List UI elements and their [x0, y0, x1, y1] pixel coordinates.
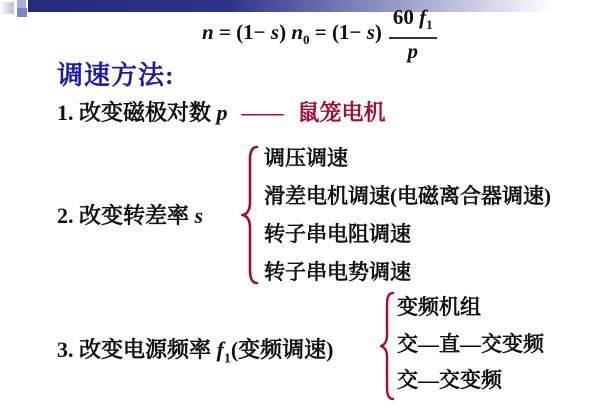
- decor-light-square: [17, 0, 26, 8]
- method-3-label: 3. 改变电源频率 f1(变频调速): [57, 333, 334, 367]
- method-2-text: 2. 改变转差率: [57, 203, 195, 228]
- method-2-item-4: 转子串电势调速: [264, 253, 551, 291]
- method-2-item-1: 调压调速: [264, 139, 551, 177]
- fraction-denominator: p: [408, 39, 419, 62]
- brace-section-3: [380, 291, 397, 401]
- method-3-item-1: 变频机组: [397, 289, 544, 326]
- formula-main: n = (1− s) n0 = (1− s): [202, 20, 382, 48]
- method-3-text: 3. 改变电源频率: [57, 337, 217, 362]
- method-3-variable: f: [217, 337, 224, 362]
- method-2-variable: s: [195, 203, 204, 228]
- fraction-numerator: 60 f1: [389, 6, 437, 39]
- formula-fraction: 60 f1 p: [389, 6, 437, 62]
- method-3-item-3: 交—交变频: [397, 362, 544, 399]
- method-3-variable-sub: 1: [224, 351, 231, 366]
- method-1-line: 1. 改变磁极对数 p——鼠笼电机: [57, 96, 386, 127]
- speed-formula: n = (1− s) n0 = (1− s) 60 f1 p: [202, 6, 437, 62]
- decor-gradient-square: [0, 2, 14, 14]
- method-3-item-2: 交—直—交变频: [397, 326, 544, 363]
- method-3-items: 变频机组 交—直—交变频 交—交变频: [397, 289, 544, 399]
- method-1-text: 1. 改变磁极对数: [57, 100, 217, 125]
- method-1-variable: p: [217, 100, 228, 125]
- method-1-highlight: 鼠笼电机: [298, 100, 386, 125]
- method-2-item-2: 滑差电机调速(电磁离合器调速): [264, 177, 551, 215]
- decor-mid-square: [17, 8, 27, 17]
- method-2-items: 调压调速 滑差电机调速(电磁离合器调速) 转子串电阻调速 转子串电势调速: [264, 139, 551, 291]
- presentation-slide: n = (1− s) n0 = (1− s) 60 f1 p 调速方法: 1. …: [0, 0, 600, 412]
- method-2-label: 2. 改变转差率 s: [57, 199, 203, 230]
- method-3-suffix: (变频调速): [231, 337, 334, 362]
- method-2-item-3: 转子串电阻调速: [264, 215, 551, 253]
- slide-title: 调速方法:: [57, 55, 175, 92]
- method-1-dash: ——: [242, 100, 282, 125]
- brace-section-2: [241, 145, 261, 285]
